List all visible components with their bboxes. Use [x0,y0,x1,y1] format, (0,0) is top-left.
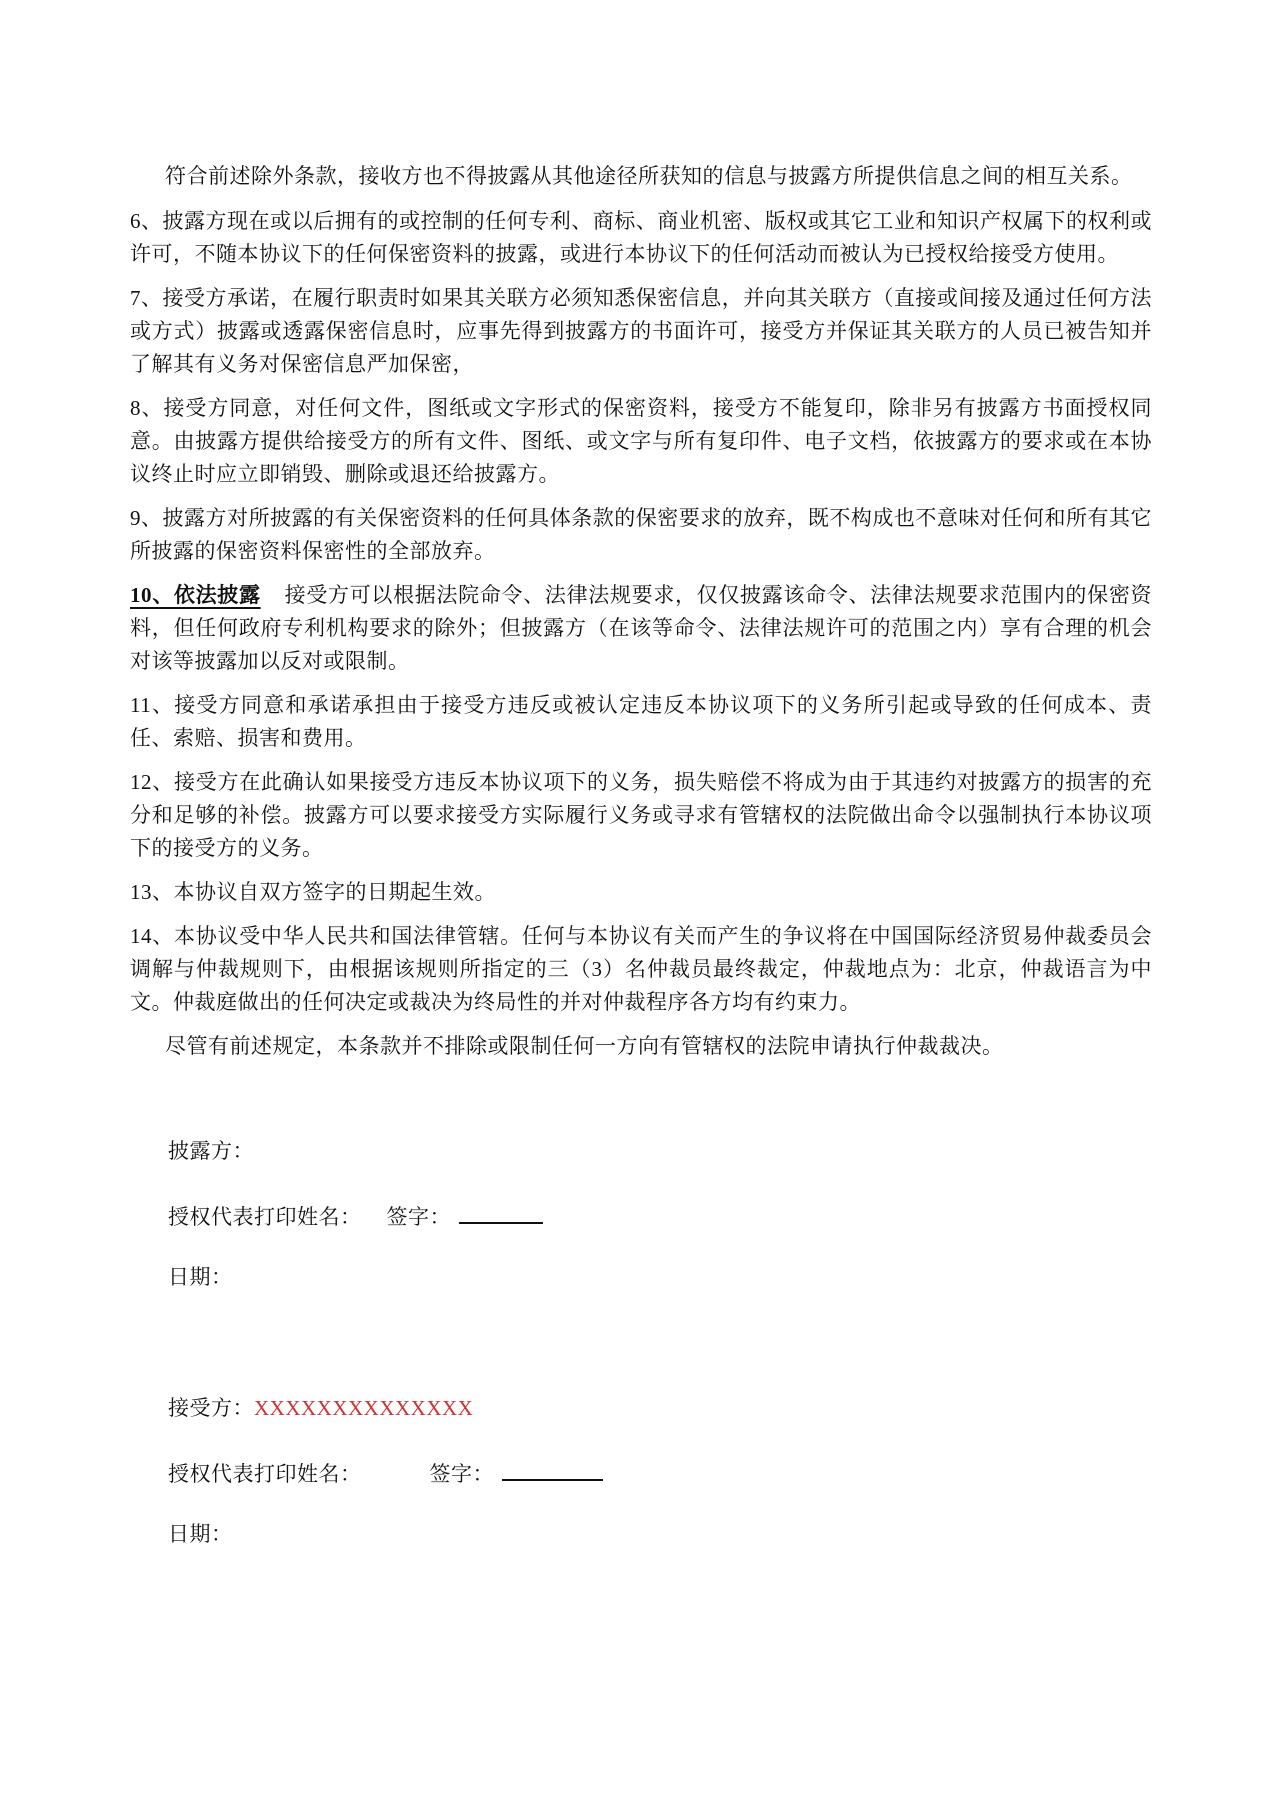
recipient-signature-block: 接受方：XXXXXXXXXXXXXX 授权代表打印姓名：签字： 日期： [168,1392,1152,1551]
recipient-sign-label: 签字： [430,1462,495,1486]
arbitration-note-paragraph: 尽管有前述规定，本条款并不排除或限制任何一方向有管辖权的法院申请执行仲裁裁决。 [130,1030,1152,1063]
discloser-signature-block: 披露方： 授权代表打印姓名：签字： 日期： [168,1135,1152,1294]
clause-6-paragraph: 6、披露方现在或以后拥有的或控制的任何专利、商标、商业机密、版权或其它工业和知识… [130,205,1152,271]
discloser-date-label: 日期： [168,1265,233,1289]
document-page: 符合前述除外条款，接收方也不得披露从其他途径所获知的信息与披露方所提供信息之间的… [0,0,1280,1810]
discloser-name-sign-row: 授权代表打印姓名：签字： [168,1201,1152,1234]
clause-9-paragraph: 9、披露方对所披露的有关保密资料的任何具体条款的保密要求的放弃，既不构成也不意味… [130,502,1152,568]
discloser-party-label: 披露方： [168,1139,254,1163]
discloser-party-row: 披露方： [168,1135,1152,1168]
recipient-name-label: 授权代表打印姓名： [168,1462,362,1486]
signature-section: 披露方： 授权代表打印姓名：签字： 日期： 接受方：XXXXXXXXXXXXXX… [168,1135,1152,1551]
clause-5-continuation-paragraph: 符合前述除外条款，接收方也不得披露从其他途径所获知的信息与披露方所提供信息之间的… [165,160,1152,193]
clause-12-paragraph: 12、接受方在此确认如果接受方违反本协议项下的义务，损失赔偿不将成为由于其违约对… [130,766,1152,865]
discloser-sign-label: 签字： [387,1205,452,1229]
clause-14-paragraph: 14、本协议受中华人民共和国法律管辖。任何与本协议有关而产生的争议将在中国国际经… [130,920,1152,1019]
recipient-party-label: 接受方： [168,1396,254,1420]
recipient-party-value: XXXXXXXXXXXXXX [254,1396,473,1420]
discloser-signature-line [459,1203,543,1224]
recipient-name-sign-row: 授权代表打印姓名：签字： [168,1458,1152,1491]
clause-10-body: 接受方可以根据法院命令、法律法规要求，仅仅披露该命令、法律法规要求范围内的保密资… [130,583,1152,673]
clause-10-heading: 10、依法披露 [130,583,261,607]
recipient-date-label: 日期： [168,1522,233,1546]
clause-11-paragraph: 11、接受方同意和承诺承担由于接受方违反或被认定违反本协议项下的义务所引起或导致… [130,689,1152,755]
discloser-date-row: 日期： [168,1261,1152,1294]
recipient-party-row: 接受方：XXXXXXXXXXXXXX [168,1392,1152,1425]
clause-7-paragraph: 7、接受方承诺，在履行职责时如果其关联方必须知悉保密信息，并向其关联方（直接或间… [130,282,1152,381]
recipient-signature-line [502,1460,603,1481]
signature-blocks-gap [168,1294,1152,1392]
clause-8-paragraph: 8、接受方同意，对任何文件，图纸或文字形式的保密资料，接受方不能复印，除非另有披… [130,392,1152,491]
recipient-date-row: 日期： [168,1518,1152,1551]
discloser-name-label: 授权代表打印姓名： [168,1205,362,1229]
clause-13-paragraph: 13、本协议自双方签字的日期起生效。 [130,876,1152,909]
clause-10-paragraph: 10、依法披露接受方可以根据法院命令、法律法规要求，仅仅披露该命令、法律法规要求… [130,579,1152,678]
